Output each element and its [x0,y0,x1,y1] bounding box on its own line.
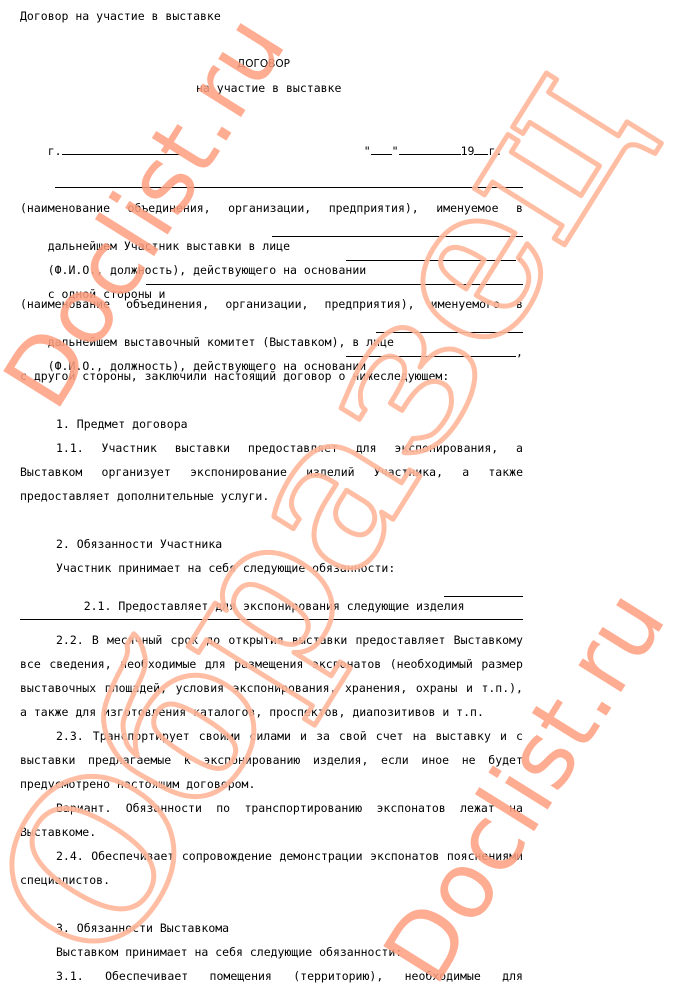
word: счет [376,729,404,743]
word: лежат [460,801,495,815]
date-close-quote: " [392,144,399,158]
month-blank [399,143,461,155]
word: условия [176,681,224,695]
clause-2-4-line2: специалистов. [20,873,110,887]
clause-2-2-line1: 2.2.Вмесячныйсрокдооткрытиявыставкипредо… [56,633,523,647]
word: демонстрации [279,849,362,863]
word: выставки [20,753,75,767]
word: необходимые [120,657,196,671]
word: Обеспечивает [105,969,188,983]
word: пояснениями [447,849,523,863]
word: а [462,465,469,479]
party2-line1: (наименованиеобъединения,организации,пре… [20,297,523,311]
word: и [300,729,307,743]
word: т.п.), [481,681,523,695]
word: на [413,729,427,743]
word: сведения, [49,657,111,671]
word: охраны [416,681,458,695]
word: помещения [210,969,272,983]
party1-representative-blank [272,236,523,237]
city-blank [62,143,180,155]
word: Участника, [374,465,443,479]
party2-name-blank [146,284,523,285]
word: иное [421,753,449,767]
word: экспонатов [377,801,446,815]
party1-name-blank [55,187,523,188]
party1-line3-comma: , [516,249,523,263]
section2-intro: Участник принимает на себя следующие обя… [56,561,395,575]
city-field: г. [20,129,180,143]
clause-3-1-line1: 3.1.Обеспечиваетпомещения(территорию),не… [56,969,523,983]
document-page: Договор на участие в выставке ДОГОВОР на… [0,0,700,1000]
word: размещения [234,657,303,671]
clause-2-2-line2: всесведения,необходимыедляразмещенияэксп… [20,657,523,671]
clause-2-1: 2.1. Предоставляет для экспонирования сл… [56,585,471,599]
party1-line3: (Ф.И.О., должность), действующего на осн… [20,249,373,263]
section2-heading: 2. Обязанности Участника [56,537,222,551]
word: 2.2. [56,633,84,647]
clause-2-3-line2: выставкипредлагаемыекэкспонированиюиздел… [20,753,523,767]
word: выставочных [20,681,96,695]
word: Обязанности [126,801,202,815]
word: площадей, [105,681,167,695]
word: размер [481,657,523,671]
clause-2-1-text: 2.1. Предоставляет для экспонирования сл… [84,599,472,613]
word: выставки [292,633,347,647]
document-header-title: Договор на участие в выставке [20,9,221,23]
word: выставки [175,441,230,455]
word: именуемое [436,201,498,215]
word: а [516,441,523,455]
clause-1-1-line1: 1.1.Участниквыставкипредоставляетдляэксп… [56,441,523,455]
word: (наименование [20,201,110,215]
party2-line4: с другой стороны, заключили настоящий до… [20,369,449,383]
document-subtitle: на участие в выставке [196,81,341,95]
word: объединения, [126,297,209,311]
section3-intro: Выставком принимает на себя следующие об… [56,945,402,959]
party2-line2: дальнейшем выставочный комитет (Выставко… [20,321,401,335]
word: 2.4. [56,849,84,863]
word: Выставкому [454,633,523,647]
word: свой [339,729,367,743]
items-blank [444,596,523,597]
word: (наименование [20,297,110,311]
word: до [206,633,220,647]
word: на [509,801,523,815]
word: предприятия), [325,297,415,311]
word: Транспортирует [93,729,190,743]
word: транспортированию [244,801,362,815]
city-prefix: г. [48,144,62,158]
word: все [20,657,41,671]
word: в [516,201,523,215]
word: за [316,729,330,743]
clause-1-1-line3: предоставляет дополнительные услуги. [20,489,269,503]
section3-heading: 3. Обязанности Выставкома [56,921,229,935]
word: 1.1. [56,441,84,455]
party2-basis-blank [346,356,516,357]
word: Обеспечивает [91,849,174,863]
word: в [516,297,523,311]
day-blank [371,143,392,155]
year-suffix: г. [488,144,502,158]
word: открытия [228,633,283,647]
word: 3.1. [56,969,84,983]
word: будет [488,753,523,767]
party1-line2: дальнейшем Участник выставки в лице [20,225,297,239]
word: экспонирование [190,465,287,479]
word: Вариант. [56,801,111,815]
clause-2-2-line3: выставочныхплощадей,условияэкспонировани… [20,681,523,695]
word: экспонирования, [394,441,498,455]
word: 2.3. [56,729,84,743]
word: если [381,753,409,767]
party2-line3: (Ф.И.О., должность), действующего на осн… [20,345,373,359]
section1-heading: 1. Предмет договора [56,417,188,431]
word: для [502,969,523,983]
word: также [488,465,523,479]
date-open-quote: " [364,144,371,158]
word: срок [171,633,199,647]
word: Участник [102,441,157,455]
word: необходимые [405,969,481,983]
word: экспонатов [312,657,381,671]
word: (необходимый [390,657,473,671]
word: своими [199,729,241,743]
word: экспонированию [203,753,300,767]
word: и [466,681,473,695]
word: выставку [436,729,491,743]
word: по [216,801,230,815]
date-field: ""19г. [336,129,502,143]
word: организует [102,465,171,479]
word: В [92,633,99,647]
word: изделий [306,465,354,479]
word: предоставляет [355,633,445,647]
word: предприятия), [329,201,419,215]
word: для [205,657,226,671]
word: месячный [107,633,162,647]
clause-2-4-line1: 2.4.Обеспечиваетсопровождениедемонстраци… [56,849,523,863]
clause-2-3-line3: предусмотрено настоящим договором. [20,777,255,791]
word: организации, [225,297,308,311]
document-title: ДОГОВОР [237,57,290,71]
clause-1-1-line2: Выставкоморганизуетэкспонированиеизделий… [20,465,523,479]
party1-line1: (наименованиеобъединения,организации,пре… [20,201,523,215]
word: именуемого [431,297,500,311]
word: предлагаемые [88,753,171,767]
items-blank-line2 [20,619,523,620]
word: предоставляет [248,441,338,455]
word: сопровождение [182,849,272,863]
word: и [500,729,507,743]
word: хранения, [345,681,407,695]
year-prefix: 19 [461,144,475,158]
party2-line3-comma: , [516,345,523,359]
word: изделия, [313,753,368,767]
variant-line1: Вариант.Обязанностипотранспортированиюэк… [56,801,523,815]
variant-line2: Выставкоме. [20,825,96,839]
party1-basis-blank [346,260,516,261]
word: экспонирования, [233,681,337,695]
word: с [516,729,523,743]
word: (территорию), [293,969,383,983]
word: организации, [228,201,311,215]
clause-2-2-line4: а также для изготовления каталогов, прос… [20,705,484,719]
year-blank [474,143,488,155]
word: не [462,753,476,767]
word: объединения, [128,201,211,215]
word: экспонатов [370,849,439,863]
word: для [356,441,377,455]
party2-representative-blank [376,332,523,333]
word: Выставком [20,465,82,479]
word: силами [249,729,291,743]
clause-2-3-line1: 2.3.Транспортируетсвоимисиламиизасвойсче… [56,729,523,743]
word: к [184,753,191,767]
